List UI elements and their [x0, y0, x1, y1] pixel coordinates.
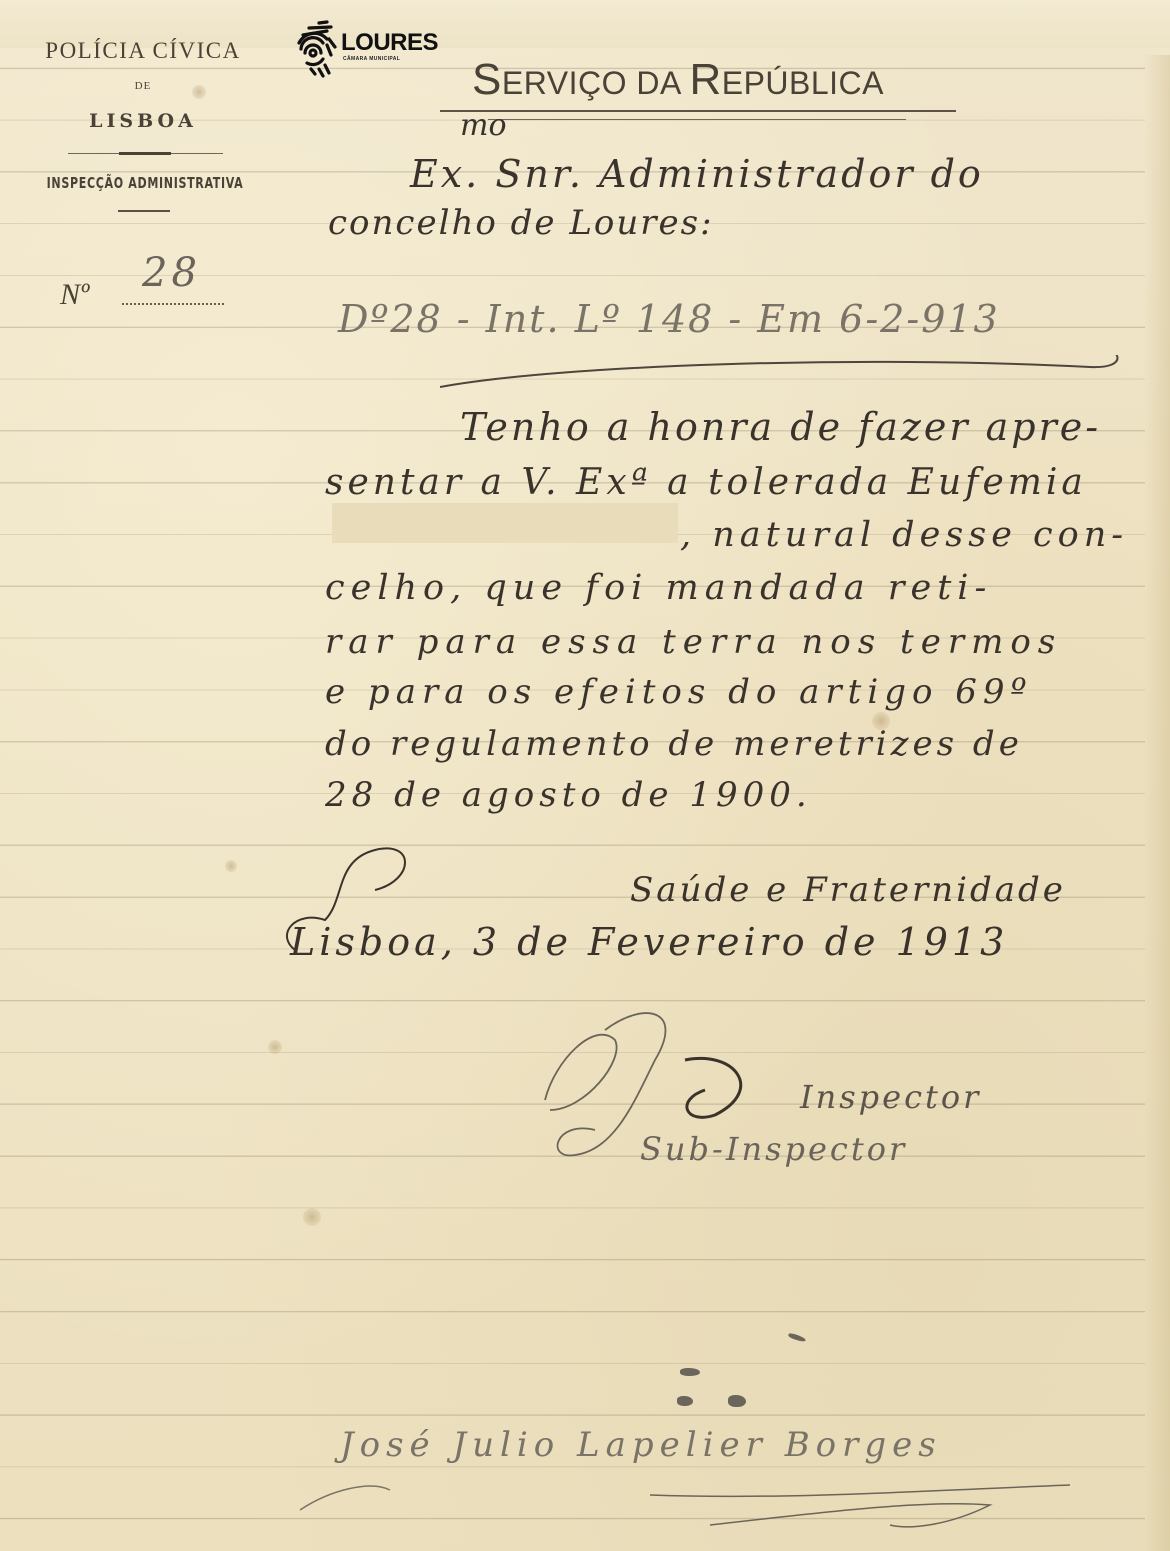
letterhead-preposition: DE	[28, 80, 258, 92]
body-line: 28 de agosto de 1900.	[325, 775, 812, 815]
body-line: , natural desse con-	[680, 515, 1128, 555]
number-dotted-line	[122, 303, 224, 305]
number-value: 28	[142, 250, 201, 296]
body-line: rar para essa terra nos termos	[325, 622, 1062, 662]
stain	[268, 1040, 282, 1054]
letterhead-department: INSPECÇÃO ADMINISTRATIVA	[43, 174, 248, 192]
loures-fingerprint-map-icon	[297, 19, 343, 79]
body-line: Tenho a honra de fazer apre-	[460, 405, 1101, 449]
logo-subtitle: CÂMARA MUNICIPAL	[343, 56, 400, 62]
stain	[225, 860, 237, 872]
capital-l-flourish	[275, 840, 435, 960]
number-label: Nº	[60, 278, 130, 312]
letterhead-divider-short	[118, 210, 170, 212]
paper-right-edge	[1144, 55, 1170, 1551]
ink-blot	[728, 1395, 746, 1407]
salutation-superscript: mo	[460, 108, 507, 143]
stain	[303, 1208, 321, 1226]
ink-blot	[677, 1396, 693, 1406]
header-rule	[440, 110, 956, 112]
header-initial: R	[689, 55, 721, 104]
body-line: sentar a V. Exª a tolerada Eufemia	[325, 462, 1087, 503]
body-line: e para os efeitos do artigo 69º	[325, 672, 1033, 712]
letterhead-organization: POLÍCIA CÍVICA	[28, 38, 258, 64]
loures-logo: LOURES CÂMARA MUNICIPAL	[297, 19, 447, 79]
header-text: EPÚBLICA	[722, 65, 884, 101]
reference-underline-flourish	[440, 355, 1120, 395]
letterhead-city: LISBOA	[28, 110, 258, 132]
redacted-name-block	[332, 503, 678, 543]
signature-role-sub-inspector: Sub-Inspector	[640, 1130, 907, 1168]
logo-wordmark: LOURES	[341, 29, 438, 57]
header-initial: S	[472, 55, 502, 104]
letterhead-divider-accent	[119, 152, 171, 155]
header-text: ERVIÇO DA	[502, 65, 690, 101]
bottom-signature-flourish	[290, 1470, 1110, 1540]
salutation: Ex. Snr. Administrador do	[410, 152, 984, 196]
reference-note: Dº28 - Int. Lº 148 - Em 6-2-913	[338, 297, 1000, 341]
salutation-continued: concelho de Loures:	[328, 203, 714, 243]
ink-blot	[680, 1368, 700, 1376]
closing-salutation: Saúde e Fraternidade	[630, 870, 1066, 910]
bottom-signature: José Julio Lapelier Borges	[340, 1425, 942, 1465]
body-line: celho, que foi mandada reti-	[325, 568, 992, 608]
body-line: do regulamento de meretrizes de	[325, 724, 1023, 764]
signature-role-inspector: Inspector	[800, 1078, 981, 1116]
document-header-title: SERVIÇO DA REPÚBLICA	[472, 55, 884, 105]
header-rule-secondary	[488, 119, 906, 120]
